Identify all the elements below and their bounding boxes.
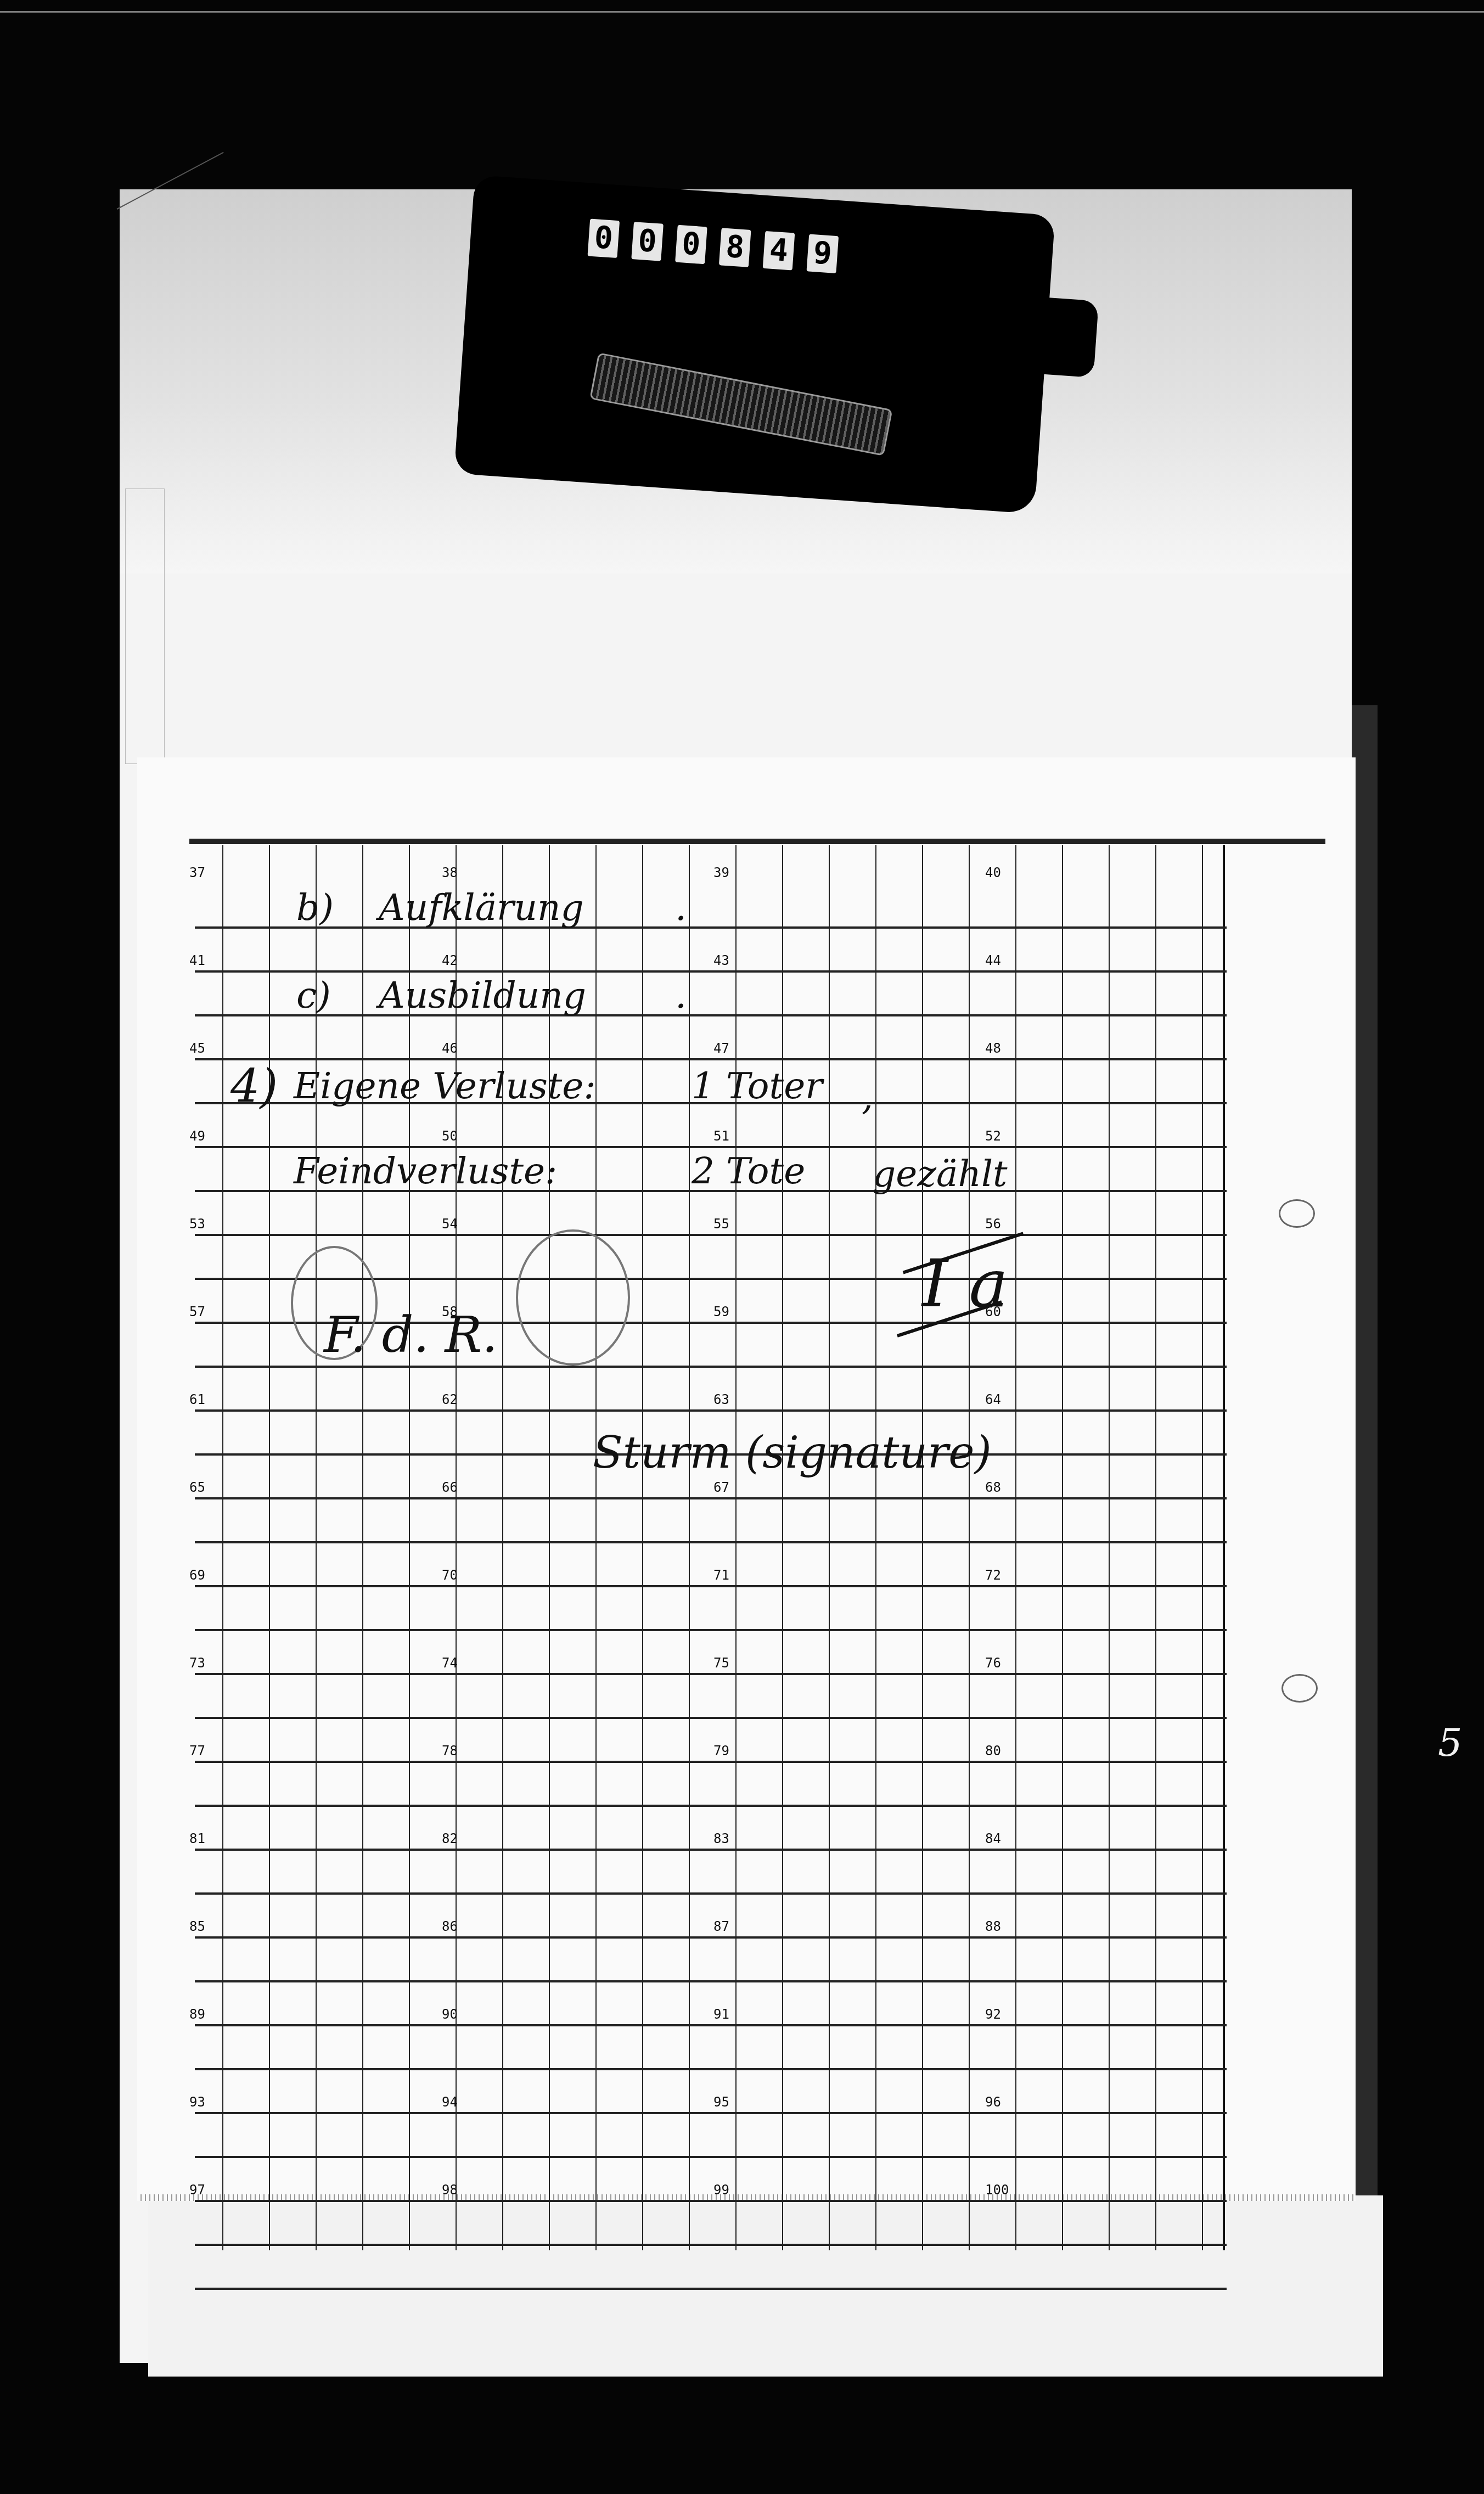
- grid-column-line: [829, 845, 830, 2250]
- grid-row-number: 53: [189, 1217, 205, 1231]
- grid-row-number: 48: [985, 1042, 1001, 1055]
- grid-row-number: 59: [713, 1305, 729, 1318]
- grid-row-number: 77: [189, 1744, 205, 1757]
- counter-digit: 8: [719, 228, 751, 267]
- grid-row-line: [195, 2156, 1227, 2158]
- grid-column-line: [1062, 845, 1063, 2250]
- grid-row-number: 46: [442, 1042, 458, 1055]
- grid-column-line: [875, 845, 876, 2250]
- grid-row-number: 62: [442, 1393, 458, 1406]
- grid-row-number: 47: [713, 1042, 729, 1055]
- grid-row-line: [195, 1585, 1227, 1587]
- grid-row-number: 99: [713, 2183, 729, 2197]
- initials-loop: [516, 1229, 630, 1366]
- grid-row-number: 88: [985, 1920, 1001, 1933]
- frame-counter: 0 0 0 8 4 9: [454, 175, 1055, 514]
- grid-row-number: 100: [985, 2183, 1009, 2197]
- grid-column-line: [689, 845, 690, 2250]
- grid-row-number: 79: [713, 1744, 729, 1757]
- grid-row-number: 49: [189, 1130, 205, 1143]
- counter-digit: 0: [631, 222, 664, 261]
- grid-row-line: [195, 2024, 1227, 2026]
- grid-column-line: [642, 845, 643, 2250]
- counter-digit: 4: [763, 231, 795, 271]
- grid-row-number: 39: [713, 866, 729, 879]
- stamp-mark-ia: I a: [922, 1246, 1008, 1322]
- grid-row-number: 64: [985, 1393, 1001, 1406]
- grid-row-line: [195, 2288, 1227, 2290]
- counter-digit: 9: [807, 234, 839, 273]
- grid-column-line: [269, 845, 270, 2250]
- grid-row-number: 55: [713, 1217, 729, 1231]
- grid-row-line: [195, 1936, 1227, 1939]
- grid-column-line: [969, 845, 970, 2250]
- grid-row-number: 90: [442, 2008, 458, 2021]
- grid-top-rule: [189, 839, 1325, 844]
- grid-column-line: [1109, 845, 1110, 2250]
- grid-row-number: 44: [985, 954, 1001, 967]
- counter-digit: 0: [675, 225, 707, 265]
- grid-row-number: 83: [713, 1832, 729, 1845]
- grid-row-line: [195, 2200, 1227, 2202]
- grid-row-number: 94: [442, 2096, 458, 2109]
- grid-row-number: 74: [442, 1656, 458, 1670]
- grid-row-number: 86: [442, 1920, 458, 1933]
- numbered-grid: 3738394041424344454647484950515253545556…: [189, 839, 1232, 2167]
- grid-row-number: 57: [189, 1305, 205, 1318]
- grid-row-line: [195, 970, 1227, 973]
- grid-row-line: [195, 1980, 1227, 1982]
- lower-backing-sheet: [148, 2195, 1383, 2377]
- entry-feind-note: gezählt: [873, 1153, 1008, 1195]
- grid-row-line: [195, 926, 1227, 929]
- punch-hole: [1279, 1199, 1315, 1228]
- entry-c-marker: c): [296, 974, 331, 1016]
- grid-column-line: [735, 845, 737, 2250]
- grid-row-number: 70: [442, 1569, 458, 1582]
- margin-mark: 5: [1438, 1723, 1463, 1762]
- grid-row-number: 66: [442, 1481, 458, 1494]
- grid-row-number: 41: [189, 954, 205, 967]
- grid-row-number: 85: [189, 1920, 205, 1933]
- grid-column-line: [409, 845, 410, 2250]
- grid-row-number: 73: [189, 1656, 205, 1670]
- grid-row-number: 38: [442, 866, 458, 879]
- grid-row-line: [195, 1849, 1227, 1851]
- grid-row-number: 87: [713, 1920, 729, 1933]
- grid-row-line: [195, 2112, 1227, 2114]
- grid-column-line: [1202, 845, 1203, 2250]
- entry-4-marker: 4): [231, 1059, 278, 1113]
- grid-column-line: [782, 845, 783, 2250]
- grid-row-number: 78: [442, 1744, 458, 1757]
- grid-row-line: [195, 1629, 1227, 1631]
- entry-c-end: .: [675, 974, 687, 1016]
- entry-4-end: ,: [862, 1076, 873, 1118]
- grid-column-line: [1155, 845, 1156, 2250]
- grid-column-line: [362, 845, 363, 2250]
- grid-row-line: [195, 1717, 1227, 1719]
- grid-row-number: 40: [985, 866, 1001, 879]
- grid-row-number: 65: [189, 1481, 205, 1494]
- grid-row-number: 42: [442, 954, 458, 967]
- grid-row-number: 82: [442, 1832, 458, 1845]
- counter-digits: 0 0 0 8 4 9: [587, 219, 839, 274]
- grid-row-number: 84: [985, 1832, 1001, 1845]
- grid-row-number: 54: [442, 1217, 458, 1231]
- grid-row-number: 50: [442, 1130, 458, 1143]
- grid-row-number: 98: [442, 2183, 458, 2197]
- grid-row-number: 45: [189, 1042, 205, 1055]
- entry-4-value: 1 Toter: [692, 1065, 823, 1107]
- entry-b-text: Aufklärung: [379, 886, 584, 929]
- grid-row-number: 43: [713, 954, 729, 967]
- grid-row-number: 93: [189, 2096, 205, 2109]
- punch-hole: [1281, 1674, 1318, 1703]
- counter-digit: 0: [587, 219, 620, 259]
- grid-row-number: 75: [713, 1656, 729, 1670]
- entry-4-text: Eigene Verluste:: [294, 1065, 596, 1107]
- grid-row-line: [195, 2068, 1227, 2070]
- grid-row-number: 92: [985, 2008, 1001, 2021]
- grid-row-line: [195, 1014, 1227, 1016]
- entry-c-text: Ausbildung: [379, 974, 586, 1016]
- entry-b-marker: b): [296, 886, 334, 929]
- film-edge-line: [0, 11, 1484, 13]
- grid-row-number: 96: [985, 2096, 1001, 2109]
- grid-row-line: [195, 1234, 1227, 1236]
- grid-row-line: [195, 1892, 1227, 1895]
- grid-column-line: [922, 845, 923, 2250]
- grid-column-line: [1015, 845, 1016, 2250]
- grid-row-line: [195, 1058, 1227, 1060]
- counter-nameplate: [589, 352, 892, 456]
- grid-column-line: [549, 845, 550, 2250]
- grid-row-number: 37: [189, 866, 205, 879]
- entry-b-end: .: [675, 886, 687, 929]
- backing-inner-outline: [125, 488, 165, 764]
- grid-row-number: 91: [713, 2008, 729, 2021]
- counter-knob: [1011, 295, 1099, 378]
- grid-row-number: 61: [189, 1393, 205, 1406]
- grid-row-number: 76: [985, 1656, 1001, 1670]
- grid-row-line: [195, 1366, 1227, 1368]
- grid-row-line: [195, 1497, 1227, 1499]
- grid-column-line: [595, 845, 597, 2250]
- entry-feind-value: 2 Tote: [692, 1150, 805, 1192]
- grid-column-line: [456, 845, 457, 2250]
- grid-row-number: 52: [985, 1130, 1001, 1143]
- grid-column-line: [316, 845, 317, 2250]
- grid-right-border: [1223, 845, 1225, 2250]
- signature: Sturm (signature): [593, 1427, 992, 1478]
- grid-row-number: 51: [713, 1130, 729, 1143]
- grid-row-number: 81: [189, 1832, 205, 1845]
- initials-fdr: F. d. R.: [324, 1306, 498, 1364]
- grid-row-line: [195, 1761, 1227, 1763]
- grid-row-line: [195, 1146, 1227, 1148]
- grid-row-line: [195, 1409, 1227, 1412]
- entry-feind-text: Feindverluste:: [294, 1150, 557, 1192]
- grid-row-number: 97: [189, 2183, 205, 2197]
- grid-row-number: 56: [985, 1217, 1001, 1231]
- grid-row-number: 80: [985, 1744, 1001, 1757]
- grid-row-number: 72: [985, 1569, 1001, 1582]
- grid-row-line: [195, 1805, 1227, 1807]
- grid-row-number: 89: [189, 2008, 205, 2021]
- grid-row-number: 95: [713, 2096, 729, 2109]
- grid-column-line: [222, 845, 223, 2250]
- grid-row-number: 63: [713, 1393, 729, 1406]
- grid-row-number: 71: [713, 1569, 729, 1582]
- grid-row-line: [195, 1673, 1227, 1675]
- grid-row-number: 68: [985, 1481, 1001, 1494]
- grid-row-number: 67: [713, 1481, 729, 1494]
- grid-row-line: [195, 1541, 1227, 1543]
- grid-row-line: [195, 2244, 1227, 2246]
- grid-row-number: 69: [189, 1569, 205, 1582]
- grid-column-line: [502, 845, 503, 2250]
